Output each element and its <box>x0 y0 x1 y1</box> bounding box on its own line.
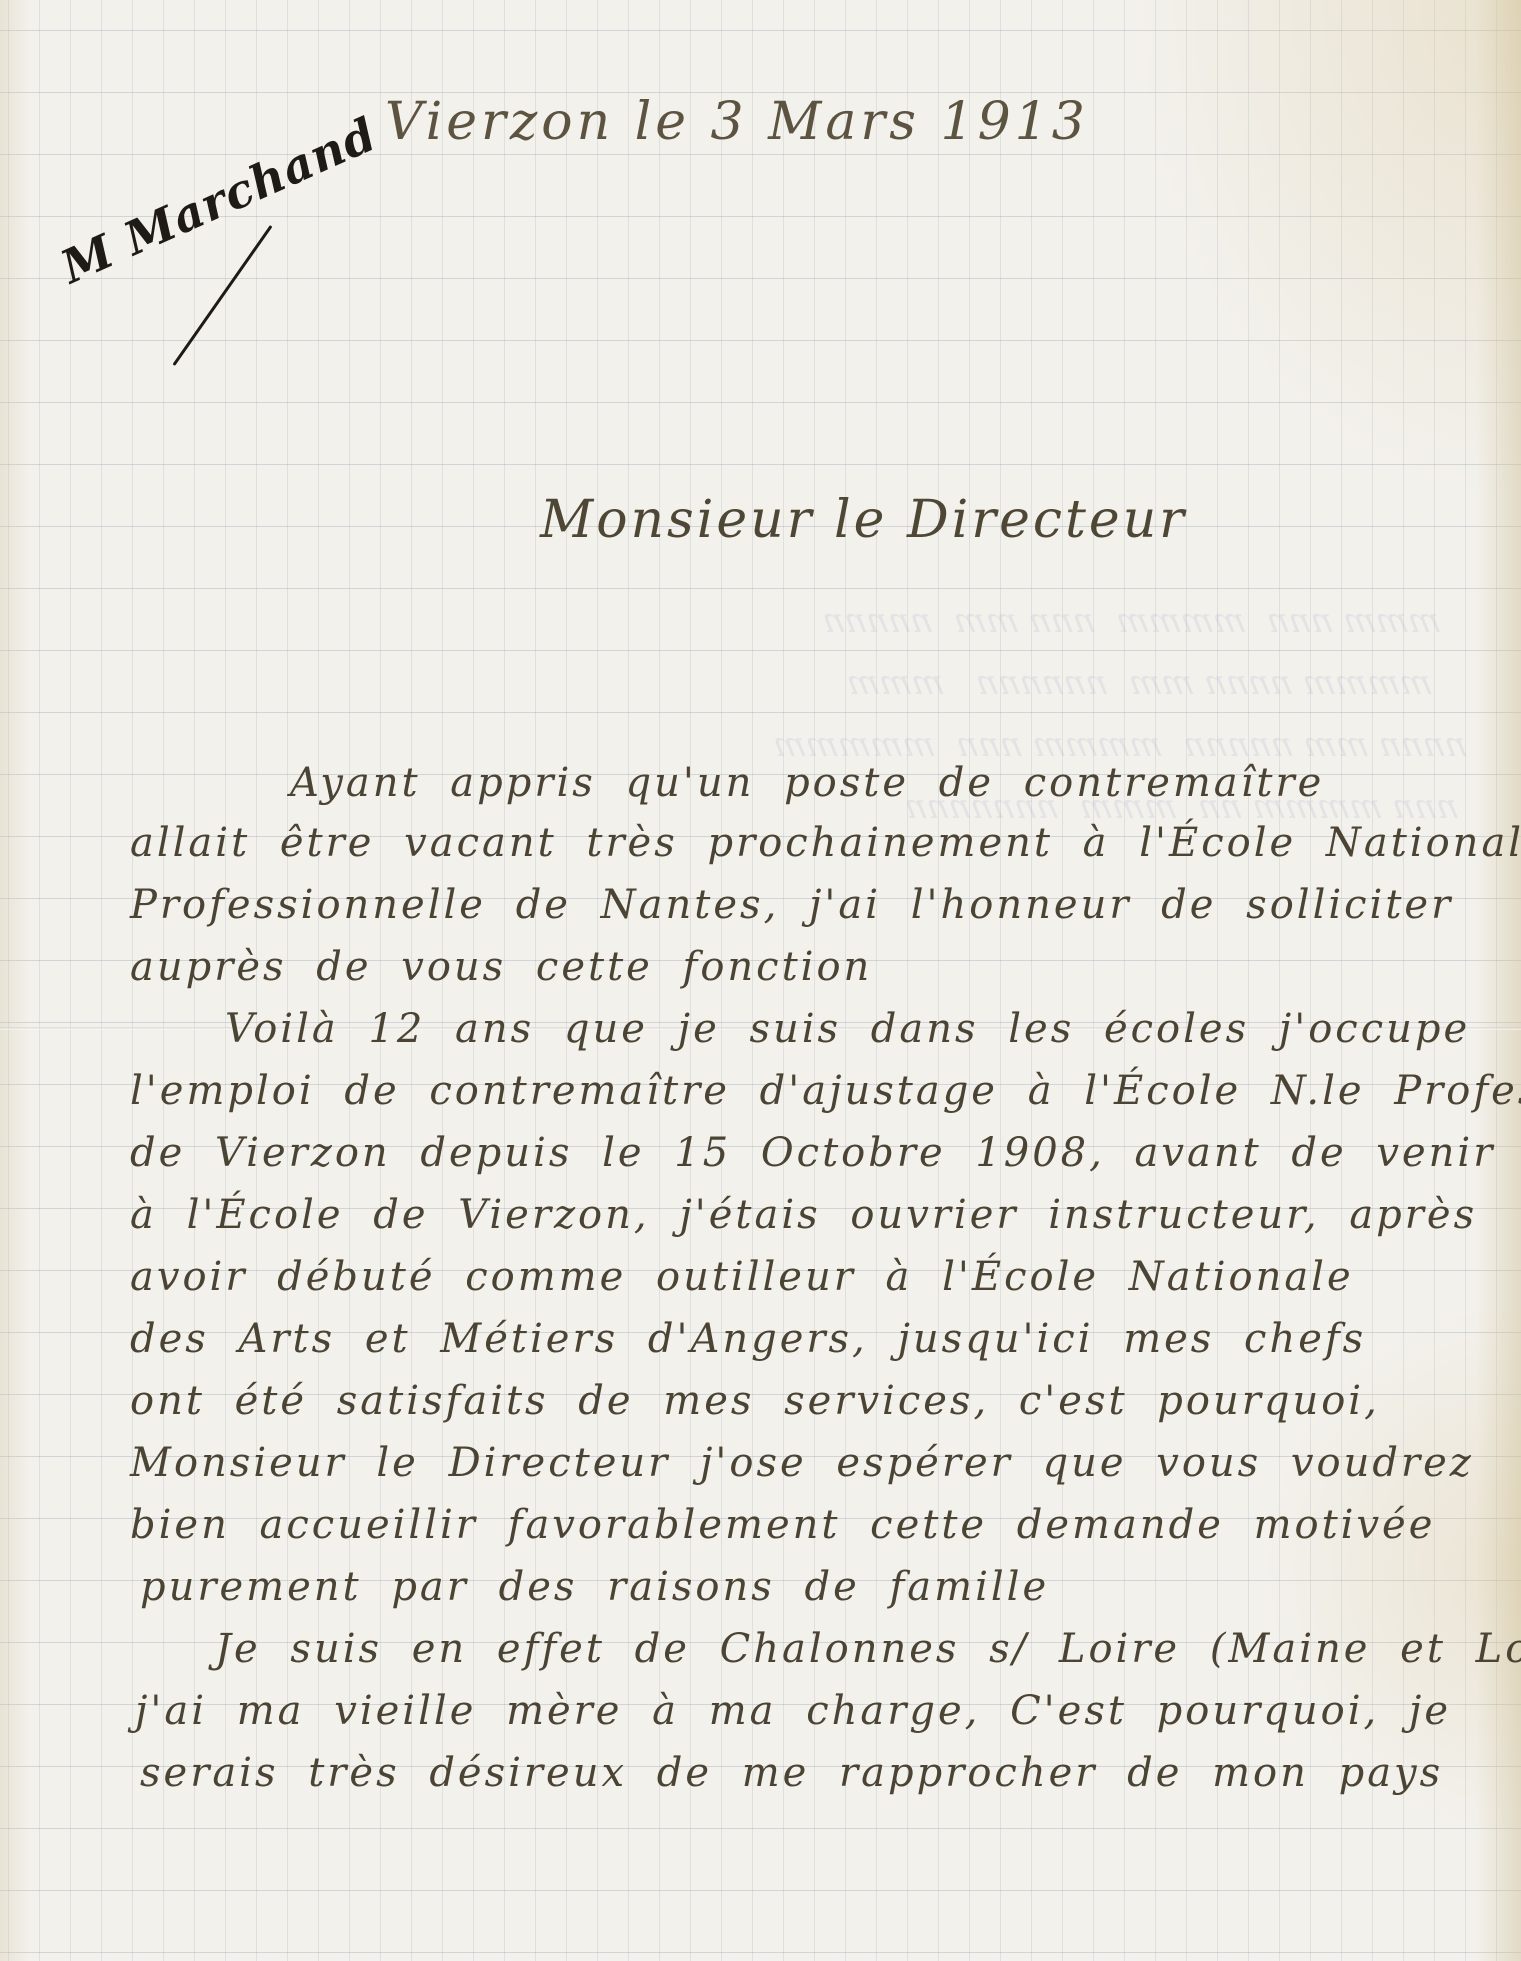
body-line: Monsieur le Directeur j'ose espérer que … <box>130 1440 1474 1486</box>
body-line: allait être vacant très prochainement à … <box>130 820 1521 866</box>
body-line: l'emploi de contremaître d'ajustage à l'… <box>130 1068 1521 1114</box>
body-line: purement par des raisons de famille <box>140 1564 1049 1610</box>
dateline: Vierzon le 3 Mars 1913 <box>385 92 1089 152</box>
salutation: Monsieur le Directeur <box>540 490 1187 550</box>
body-line: avoir débuté comme outilleur à l'École N… <box>130 1254 1354 1300</box>
body-line: Je suis en effet de Chalonnes s/ Loire (… <box>215 1626 1521 1672</box>
body-line: ont été satisfaits de mes services, c'es… <box>130 1378 1380 1424</box>
body-line: bien accueillir favorablement cette dema… <box>130 1502 1435 1548</box>
annotation-flourish <box>172 225 272 366</box>
body-line: j'ai ma vieille mère à ma charge, C'est … <box>135 1688 1451 1734</box>
letter-page: mmm nnn mmmm nnn mm nnnnn mmmm nnnn mm n… <box>0 0 1521 1961</box>
margin-annotation: M Marchand <box>53 107 384 294</box>
body-line: à l'École de Vierzon, j'étais ouvrier in… <box>130 1192 1477 1238</box>
body-line: Voilà 12 ans que je suis dans les écoles… <box>225 1006 1470 1052</box>
body-line: Professionnelle de Nantes, j'ai l'honneu… <box>130 882 1453 928</box>
body-line: de Vierzon depuis le 15 Octobre 1908, av… <box>130 1130 1495 1176</box>
body-line: auprès de vous cette fonction <box>130 944 872 990</box>
body-line: des Arts et Métiers d'Angers, jusqu'ici … <box>130 1316 1366 1362</box>
body-line: serais très désireux de me rapprocher de… <box>140 1750 1443 1796</box>
body-line: Ayant appris qu'un poste de contremaître <box>290 760 1324 806</box>
